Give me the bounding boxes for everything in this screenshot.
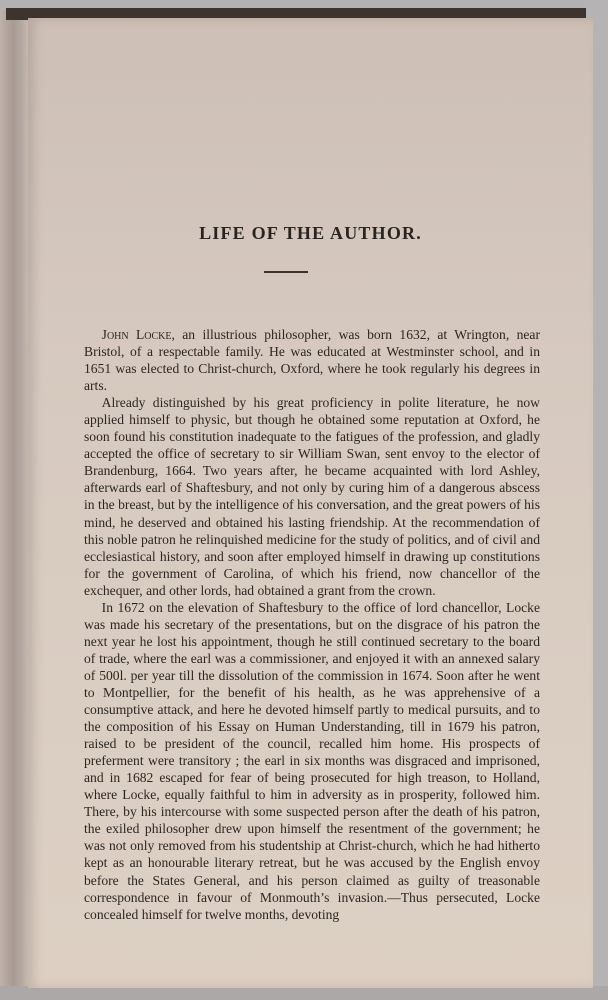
paragraph-1: John Locke, an illustrious philosopher, …	[84, 326, 540, 394]
paragraph-3: In 1672 on the elevation of Shaftesbury …	[84, 599, 540, 923]
page-title: LIFE OF THE AUTHOR.	[28, 223, 593, 244]
paragraph-2: Already distinguished by his great profi…	[84, 394, 540, 599]
book-page: LIFE OF THE AUTHOR. John Locke, an illus…	[28, 18, 593, 988]
author-name: John Locke	[102, 327, 172, 342]
binding-edge	[0, 10, 30, 1000]
title-divider	[264, 271, 308, 273]
backdrop-bottom	[0, 986, 608, 1000]
body-text: John Locke, an illustrious philosopher, …	[84, 326, 540, 923]
